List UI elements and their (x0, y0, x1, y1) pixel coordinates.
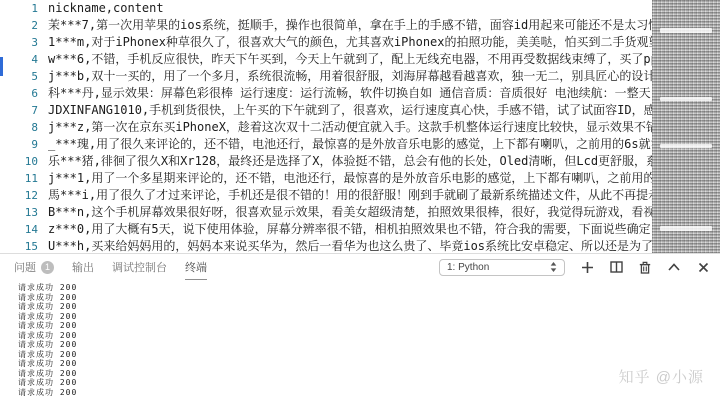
split-terminal-button[interactable] (609, 260, 623, 274)
select-stepper-icon (546, 260, 560, 274)
code-line[interactable]: 1nickname,content (0, 0, 720, 17)
tab-terminal-label: 终端 (185, 259, 207, 275)
terminal-line: 请求成功 200 (18, 388, 720, 396)
code-line-text[interactable]: w***6,不错，手机反应很快，昨天下午买到，今天上午就到了，配上无线充电器，不… (48, 51, 694, 68)
tab-output-label: 输出 (72, 259, 94, 275)
close-panel-button[interactable] (696, 260, 710, 274)
line-number: 5 (0, 68, 38, 85)
minimap-light-band (660, 226, 712, 231)
terminal-line: 请求成功 200 (18, 350, 720, 360)
split-editor-icon (610, 261, 623, 273)
code-line-text[interactable]: j***b,双十一买的，用了一个多月，系统很流畅，用着很舒服，刘海屏幕越看越喜欢… (48, 68, 691, 85)
maximize-panel-button[interactable] (667, 260, 681, 274)
code-line[interactable]: 6科***丹,显示效果：屏幕色彩很棒 运行速度：运行流畅，软件切换自如 通信音质… (0, 85, 720, 102)
code-line[interactable]: 10乐***猪,徘徊了很久X和Xr128，最终还是选择了X，体验挺不错，总会有他… (0, 153, 720, 170)
code-line[interactable]: 8j***z,第一次在京东买iPhoneX，趁着这次双十二活动便宜就入手。这款手… (0, 119, 720, 136)
line-number: 2 (0, 17, 38, 34)
code-line-text[interactable]: 1***m,对于iPhonex种草很久了，很喜欢大气的颜色，尤其喜欢iPhone… (48, 34, 697, 51)
line-number: 11 (0, 170, 38, 187)
line-number: 1 (0, 0, 38, 17)
kill-terminal-button[interactable] (638, 260, 652, 274)
code-line-text[interactable]: j***1,用了一个多星期来评论的，还不错，电池还行，最惊喜的是外放音乐电影的感… (48, 170, 694, 187)
problems-count-badge: 1 (41, 261, 54, 274)
panel-toolbar: 1: Python (439, 259, 710, 276)
code-line[interactable]: 14z***0,用了大概有5天，说下使用体验，屏幕分辨率很不错，相机拍照效果也不… (0, 221, 720, 238)
line-number: 9 (0, 136, 38, 153)
vscode-window: 1nickname,content 2茉***7,第一次用苹果的ios系统，挺顺… (0, 0, 720, 396)
tab-problems-label: 问题 (14, 259, 36, 275)
bottom-panel: 问题 1 输出 调试控制台 终端 1: Python (0, 253, 720, 396)
code-line-text[interactable]: _***瑰,用了很久来评论的，还不错，电池还行，最惊喜的是外放音乐电影的感觉，上… (48, 136, 687, 153)
code-line-text[interactable]: 茉***7,第一次用苹果的ios系统，挺顺手，操作也很简单，拿在手上的手感不错，… (48, 17, 696, 34)
plus-icon (581, 261, 594, 274)
code-line-text[interactable]: 馬***i,用了很久了才过来评论，手机还是很不错的！用的很舒服！刚到手就刷了最新… (48, 187, 684, 204)
code-line-text[interactable]: nickname,content (48, 0, 164, 17)
line-number: 14 (0, 221, 38, 238)
line-number: 6 (0, 85, 38, 102)
minimap-light-band (660, 144, 712, 148)
zhihu-watermark: 知乎 @小源 (619, 366, 704, 387)
close-icon (698, 262, 709, 273)
code-line-text[interactable]: U***h,买来给妈妈用的，妈妈本来说买华为，然后一看华为也这么贵了、毕竟ios… (48, 238, 689, 253)
code-line-text[interactable]: 乐***猪,徘徊了很久X和Xr128，最终还是选择了X，体验挺不错，总会有他的长… (48, 153, 692, 170)
line-number: 3 (0, 34, 38, 51)
code-line-text[interactable]: 科***丹,显示效果：屏幕色彩很棒 运行速度：运行流畅，软件切换自如 通信音质：… (48, 85, 694, 102)
line-number: 7 (0, 102, 38, 119)
terminal-line: 请求成功 200 (18, 321, 720, 331)
terminal-line: 请求成功 200 (18, 293, 720, 303)
line-number: 8 (0, 119, 38, 136)
code-line[interactable]: 5j***b,双十一买的，用了一个多月，系统很流畅，用着很舒服，刘海屏幕越看越喜… (0, 68, 720, 85)
chevron-up-icon (668, 263, 680, 271)
line-number: 12 (0, 187, 38, 204)
panel-tab-bar: 问题 1 输出 调试控制台 终端 1: Python (0, 254, 720, 280)
code-line[interactable]: 2茉***7,第一次用苹果的ios系统，挺顺手，操作也很简单，拿在手上的手感不错… (0, 17, 720, 34)
code-line[interactable]: 12馬***i,用了很久了才过来评论，手机还是很不错的！用的很舒服！刚到手就刷了… (0, 187, 720, 204)
terminal-line: 请求成功 200 (18, 331, 720, 341)
line-number: 15 (0, 238, 38, 253)
line-number: 10 (0, 153, 38, 170)
editor-area[interactable]: 1nickname,content 2茉***7,第一次用苹果的ios系统，挺顺… (0, 0, 720, 253)
terminal-line: 请求成功 200 (18, 302, 720, 312)
terminal-line: 请求成功 200 (18, 378, 720, 388)
terminal-line: 请求成功 200 (18, 340, 720, 350)
terminal-line: 请求成功 200 (18, 359, 720, 369)
code-line[interactable]: 7JDXINFANG1010,手机到货很快，上午买的下午就到了，很喜欢，运行速度… (0, 102, 720, 119)
code-line[interactable]: 9_***瑰,用了很久来评论的，还不错，电池还行，最惊喜的是外放音乐电影的感觉，… (0, 136, 720, 153)
left-edge-blue-marker (0, 57, 3, 76)
code-line-text[interactable]: JDXINFANG1010,手机到货很快，上午买的下午就到了，很喜欢，运行速度真… (48, 102, 692, 119)
terminal-line: 请求成功 200 (18, 283, 720, 293)
code-line-text[interactable]: B***n,这个手机屏幕效果很好呀，很喜欢显示效果，看美女超级清楚，拍照效果很棒… (48, 204, 691, 221)
censored-minimap[interactable] (652, 0, 720, 253)
code-line[interactable]: 15U***h,买来给妈妈用的，妈妈本来说买华为，然后一看华为也这么贵了、毕竟i… (0, 238, 720, 253)
code-line[interactable]: 31***m,对于iPhonex种草很久了，很喜欢大气的颜色，尤其喜欢iPhon… (0, 34, 720, 51)
code-line[interactable]: 11j***1,用了一个多星期来评论的，还不错，电池还行，最惊喜的是外放音乐电影… (0, 170, 720, 187)
tab-terminal[interactable]: 终端 (185, 254, 207, 280)
code-line[interactable]: 13B***n,这个手机屏幕效果很好呀，很喜欢显示效果，看美女超级清楚，拍照效果… (0, 204, 720, 221)
tab-debug-console[interactable]: 调试控制台 (112, 254, 167, 280)
code-line-text[interactable]: j***z,第一次在京东买iPhoneX，趁着这次双十二活动便宜就入手。这款手机… (48, 119, 694, 136)
tab-output[interactable]: 输出 (72, 254, 94, 280)
terminal-instance-select[interactable]: 1: Python (439, 259, 565, 276)
trash-icon (639, 261, 651, 274)
line-number: 4 (0, 51, 38, 68)
code-line-text[interactable]: z***0,用了大概有5天，说下使用体验，屏幕分辨率很不错，相机拍照效果也不错，… (48, 221, 687, 238)
minimap-light-band (660, 28, 712, 33)
code-line[interactable]: 4w***6,不错，手机反应很快，昨天下午买到，今天上午就到了，配上无线充电器，… (0, 51, 720, 68)
tab-debug-console-label: 调试控制台 (112, 259, 167, 275)
terminal-instance-label: 1: Python (447, 262, 489, 273)
tab-problems[interactable]: 问题 1 (14, 254, 54, 280)
line-number: 13 (0, 204, 38, 221)
terminal-line: 请求成功 200 (18, 369, 720, 379)
new-terminal-button[interactable] (580, 260, 594, 274)
minimap-light-band (660, 97, 712, 101)
terminal-line: 请求成功 200 (18, 312, 720, 322)
terminal-output[interactable]: 请求成功 200 请求成功 200 请求成功 200 请求成功 200 请求成功… (0, 280, 720, 396)
